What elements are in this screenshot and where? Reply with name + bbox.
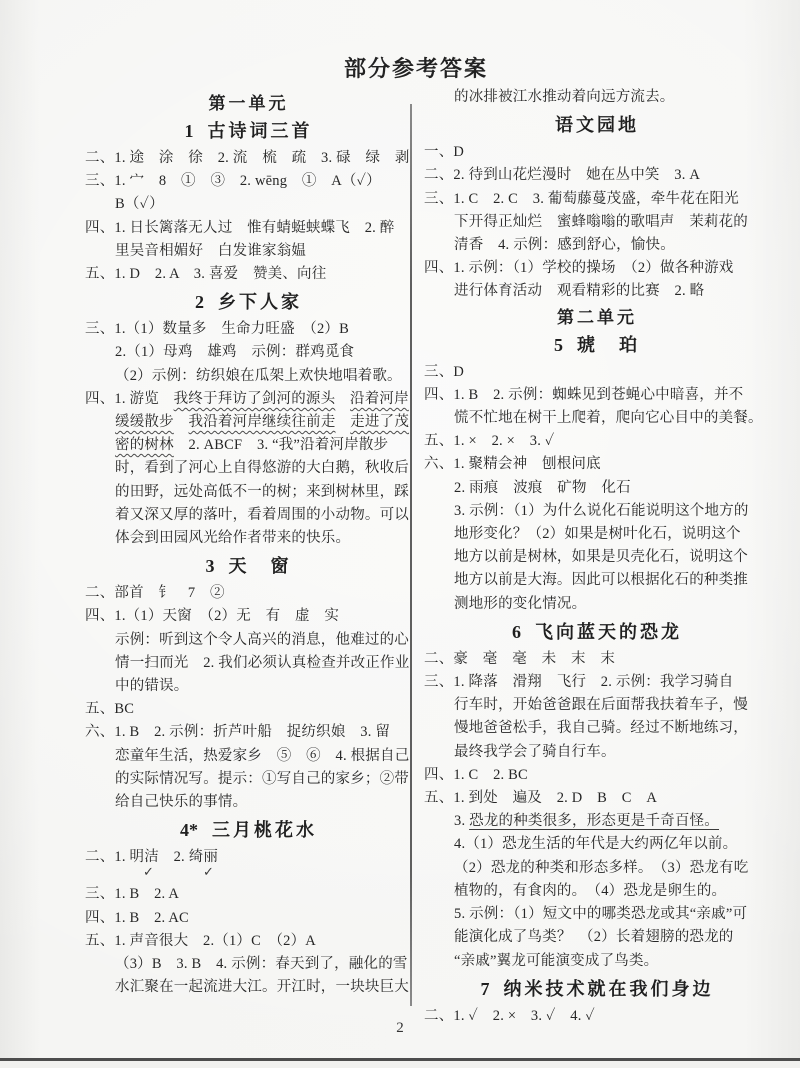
answer-line: 六、1. B 2. 示例：折芦叶船 捉纺织娘 3. 留 [85, 721, 412, 744]
answer-line: 三、1. 降落 滑翔 飞行 2. 示例：我学习骑自 [424, 671, 770, 694]
answer-line: 五、1. D 2. A 3. 喜爱 赞美、向往 [85, 263, 412, 286]
answer-text: 三、1.（1）数量多 生命力旺盛 （2）B [85, 321, 349, 337]
wavy-underlined-text: 走进了茂 [350, 414, 409, 430]
answer-text: 2. 雨痕 波痕 矿物 化石 [454, 480, 631, 496]
unit-heading: 第二单元 [424, 307, 770, 329]
answer-line: 地方以前是大海。因此可以根据化石的种类推 [424, 569, 770, 592]
answer-line: 三、1. C 2. C 3. 葡萄藤蔓茂盛，牵牛花在阳光 [424, 188, 770, 211]
lesson-number: 2 [195, 292, 204, 312]
answer-text: 六、1. 聚精会神 刨根问底 [424, 456, 601, 472]
answer-line: 的田野，远处高低不一的树；来到树林里，踩 [85, 481, 412, 504]
answer-line: （3）B 3. B 4. 示例：春天到了，融化的雪 [85, 953, 412, 976]
answer-text: 的田野，远处高低不一的树；来到树林里，踩 [115, 484, 409, 500]
answer-line: 二、豪 毫 毫 未 末 末 [424, 648, 770, 671]
answer-line: 中的错误。 [85, 675, 412, 698]
answer-text: 的实际情况写。提示：①写自己的家乡；②带 [115, 771, 409, 787]
lesson-title: 语文园地 [555, 115, 639, 135]
answer-line: 时，看到了河心上自得悠游的大白鹅，秋收后 [85, 457, 412, 480]
answer-line: （2）恐龙的种类和形态多样。 （3）恐龙有吃 [424, 857, 770, 880]
answer-text: 下开得正灿烂 蜜蜂嗡嗡的歌唱声 茉莉花的 [454, 214, 748, 230]
answer-text: 时，看到了河心上自得悠游的大白鹅，秋收后 [115, 460, 409, 476]
answer-line: 三、D [424, 361, 770, 384]
answer-line: 四、1. B 2. 示例：蜘蛛见到苍蝇心中暗喜，并不 [424, 384, 770, 407]
answer-line: 下开得正灿烂 蜜蜂嗡嗡的歌唱声 茉莉花的 [424, 211, 770, 234]
answer-text [174, 414, 189, 430]
answer-text: 四、1. B 2. AC [85, 910, 189, 926]
answer-text: 5. 示例：（1）短文中的哪类恐龙或其“亲戚”可 [454, 906, 747, 922]
answer-line: 三、1. B 2. A [85, 883, 412, 906]
answer-line: 的实际情况写。提示：①写自己的家乡；②带 [85, 768, 412, 791]
lesson-title: 琥 珀 [577, 335, 640, 355]
page-margin-strip [0, 1061, 800, 1068]
answer-text: 最终我学会了骑自行车。 [454, 744, 616, 760]
answer-line: 三、1.（1）数量多 生命力旺盛 （2）B [85, 318, 412, 341]
answer-line: 四、1. B 2. AC [85, 907, 412, 930]
lesson-heading: 5琥 珀 [424, 333, 770, 357]
answer-line: 最终我学会了骑自行车。 [424, 741, 770, 764]
lesson-heading: 语文园地 [424, 113, 770, 137]
answer-text: 给自己快乐的事情。 [115, 794, 247, 810]
page-title: 部分参考答案 [16, 52, 800, 83]
answer-text: 慢地爸爸松手，我自己骑。经过不断地练习， [454, 720, 748, 736]
answer-line: 2.（1）母鸡 雄鸡 示例：群鸡觅食 [85, 341, 412, 364]
answer-text: 一、D [424, 144, 464, 160]
answer-line: （2）示例：纺织娘在瓜架上欢快地唱着歌。 [85, 365, 412, 388]
lesson-number: 5 [554, 335, 563, 355]
lesson-number: 6 [512, 622, 521, 642]
column-divider [410, 104, 412, 1006]
answer-line: 恋童年生活，热爱家乡 ⑤ ⑥ 4. 根据自己 [85, 745, 412, 768]
answer-line: 四、1. 日长篱落无人过 惟有蜻蜓蛱蝶飞 2. 醉 [85, 217, 412, 240]
lesson-title: 飞向蓝天的恐龙 [535, 622, 682, 642]
answer-line: 五、BC [85, 698, 412, 721]
answer-text: （2）恐龙的种类和形态多样。 （3）恐龙有吃 [454, 860, 748, 876]
underlined-text: 恐龙的种类很多，形态更是千奇百怪。 [469, 813, 719, 829]
unit-heading: 第一单元 [85, 93, 412, 115]
answer-line: 给自己快乐的事情。 [85, 791, 412, 814]
lesson-heading: 7纳米技术就在我们身边 [424, 977, 770, 1001]
answer-text: 五、1. 声音很大 2.（1）C （2）A [85, 933, 316, 949]
wavy-underlined-text: 我终于拜访了剑河的源头 [174, 391, 336, 407]
wavy-underlined-text: 沿着河岸 [350, 391, 409, 407]
answer-text: 三、1. B 2. A [85, 886, 179, 902]
lesson-number: 1 [185, 121, 194, 141]
answer-text: （2）示例：纺织娘在瓜架上欢快地唱着歌。 [115, 368, 402, 384]
lesson-number: 3 [206, 556, 215, 576]
answer-line: 水汇聚在一起流进大江。开江时，一块块巨大 [85, 976, 412, 999]
answer-line: 着又深又厚的落叶，看着周围的小动物。可以 [85, 504, 412, 527]
wavy-underlined-text: 密的树林 [115, 437, 174, 453]
lesson-number: 4* [180, 820, 198, 840]
checkmark-icon: ✓ [143, 865, 154, 880]
lesson-title: 三月桃花水 [212, 820, 317, 840]
wavy-underlined-text: 缓缓散步 [115, 414, 174, 430]
answer-text: 三、D [424, 364, 464, 380]
answer-text: 地方以前是大海。因此可以根据化石的种类推 [454, 572, 748, 588]
answer-line: 一、D [424, 141, 770, 164]
answer-line: 二、1. 途 涂 徐 2. 流 梳 疏 3. 碌 绿 剥 [85, 147, 412, 170]
answer-text: 五、BC [85, 701, 134, 717]
answer-text: 进行体育活动 观看精彩的比赛 2. 略 [454, 283, 704, 299]
answer-text [335, 391, 350, 407]
lesson-title: 古诗词三首 [208, 121, 313, 141]
answer-text: 3. 示例：（1）为什么说化石能说明这个地方的 [454, 503, 749, 519]
answer-text: 行车时，开始爸爸跟在后面帮我扶着车子，慢 [454, 697, 748, 713]
answer-text: 四、1. B 2. 示例：蜘蛛见到苍蝇心中暗喜，并不 [424, 387, 743, 403]
lesson-heading: 6飞向蓝天的恐龙 [424, 620, 770, 644]
answer-page: 部分参考答案 第一单元1古诗词三首二、1. 途 涂 徐 2. 流 梳 疏 3. … [0, 0, 800, 1068]
answer-text: 里吴音相媚好 白发谁家翁媪 [115, 243, 306, 259]
lesson-heading: 2乡下人家 [85, 290, 412, 314]
answer-text: 五、1. D 2. A 3. 喜爱 赞美、向往 [85, 266, 326, 282]
answer-text: 能演化成了鸟类？ （2）长着翅膀的恐龙的 [454, 929, 734, 945]
answer-text: 慌不忙地在树干上爬着，爬向它心目中的美餐。 [454, 410, 763, 426]
answer-line: 四、1. 示例：（1）学校的操场 （2）做各种游戏 [424, 257, 770, 280]
answer-text: “亲戚”翼龙可能演变成了鸟类。 [454, 953, 658, 969]
answer-line: 四、1. C 2. BC [424, 764, 770, 787]
answer-line: 4.（1）恐龙生活的年代是大约两亿年以前。 [424, 833, 770, 856]
answer-line: “亲戚”翼龙可能演变成了鸟类。 [424, 950, 770, 973]
answer-text: 二、豪 毫 毫 未 末 末 [424, 651, 615, 667]
answer-text: 三、1. C 2. C 3. 葡萄藤蔓茂盛，牵牛花在阳光 [424, 191, 739, 207]
answer-line: 二、2. 待到山花烂漫时 她在丛中笑 3. A [424, 164, 770, 187]
answer-text: 二、部首 钅 7 ② [85, 585, 225, 601]
answer-line: 5. 示例：（1）短文中的哪类恐龙或其“亲戚”可 [424, 903, 770, 926]
page-number: 2 [0, 1020, 800, 1037]
answer-line: 行车时，开始爸爸跟在后面帮我扶着车子，慢 [424, 694, 770, 717]
answer-line: 慌不忙地在树干上爬着，爬向它心目中的美餐。 [424, 407, 770, 430]
answer-text: 六、1. B 2. 示例：折芦叶船 捉纺织娘 3. 留 [85, 724, 390, 740]
answer-text: 2.（1）母鸡 雄鸡 示例：群鸡觅食 [115, 344, 354, 360]
answer-line: 进行体育活动 观看精彩的比赛 2. 略 [424, 280, 770, 303]
answer-text: 测地形的变化情况。 [454, 596, 586, 612]
answer-text: 二、2. 待到山花烂漫时 她在丛中笑 3. A [424, 167, 700, 183]
answer-line: 里吴音相媚好 白发谁家翁媪 [85, 240, 412, 263]
answer-text: 水汇聚在一起流进大江。开江时，一块块巨大 [115, 979, 409, 995]
answer-line: B（✓） [85, 193, 412, 216]
answer-text: 三、1. 宀 8 ① ③ 2. wēng ① A（✓） [85, 173, 381, 189]
answer-text: （3）B 3. B 4. 示例：春天到了，融化的雪 [115, 956, 408, 972]
answer-line: 缓缓散步 我沿着河岸继续往前走 走进了茂 [85, 411, 412, 434]
answer-text [336, 414, 351, 430]
answer-text: 植物的，有食肉的。 （4）恐龙是卵生的。 [454, 883, 726, 899]
answer-text: 二、1. 途 涂 徐 2. 流 梳 疏 3. 碌 绿 剥 [85, 150, 410, 166]
answer-text: B（✓） [115, 196, 164, 212]
answer-line: 3. 恐龙的种类很多，形态更是千奇百怪。 [424, 810, 770, 833]
answer-text: 恋童年生活，热爱家乡 ⑤ ⑥ 4. 根据自己 [115, 748, 409, 764]
answer-text: 的冰排被江水推动着向远方流去。 [454, 89, 675, 105]
answer-text: 2. ABCF 3. “我”沿着河岸散步 [174, 437, 388, 453]
right-column: 的冰排被江水推动着向远方流去。语文园地一、D二、2. 待到山花烂漫时 她在丛中笑… [424, 86, 770, 1028]
answer-line: 五、1. 到处 遍及 2. D B C A [424, 787, 770, 810]
answer-line: 三、1. 宀 8 ① ③ 2. wēng ① A（✓） [85, 170, 412, 193]
answer-line: 密的树林 2. ABCF 3. “我”沿着河岸散步 [85, 434, 412, 457]
answer-line: 情一扫而光 2. 我们必须认真检查并改正作业 [85, 652, 412, 675]
answer-line: 二、1. 明洁 2. 绮丽 [85, 846, 412, 869]
lesson-title: 乡下人家 [218, 292, 302, 312]
answer-line: 四、1. 游览 我终于拜访了剑河的源头 沿着河岸 [85, 388, 412, 411]
answer-line: 示例：听到这个令人高兴的消息，他难过的心 [85, 629, 412, 652]
answer-line: 五、1. × 2. × 3. ✓ [424, 430, 770, 453]
answer-line: 能演化成了鸟类？ （2）长着翅膀的恐龙的 [424, 926, 770, 949]
answer-line: 地方以前是树林，如果是贝壳化石，说明这个 [424, 546, 770, 569]
answer-text: 四、1.（1）天窗 （2）无 有 虚 实 [85, 608, 339, 624]
wavy-underlined-text: 我沿着河岸继续往前走 [189, 414, 336, 430]
lesson-number: 7 [481, 979, 490, 999]
answer-line: 地形变化？（2）如果是树叶化石，说明这个 [424, 523, 770, 546]
answer-text: 示例：听到这个令人高兴的消息，他难过的心 [115, 632, 409, 648]
answer-line: 清香 4. 示例：感到舒心，愉快。 [424, 234, 770, 257]
answer-line: 四、1.（1）天窗 （2）无 有 虚 实 [85, 605, 412, 628]
answer-text: 清香 4. 示例：感到舒心，愉快。 [454, 237, 675, 253]
answer-line: 体会到田园风光给作者带来的快乐。 [85, 527, 412, 550]
answer-text: 五、1. × 2. × 3. ✓ [424, 433, 554, 449]
answer-text: 四、1. 游览 [85, 391, 174, 407]
lesson-heading: 3天 窗 [85, 554, 412, 578]
answer-text: 3. [454, 813, 469, 829]
answer-text: 五、1. 到处 遍及 2. D B C A [424, 790, 657, 806]
lesson-title: 纳米技术就在我们身边 [504, 979, 714, 999]
answer-line: 的冰排被江水推动着向远方流去。 [424, 86, 770, 109]
answer-text: 地方以前是树林，如果是贝壳化石，说明这个 [454, 549, 748, 565]
answer-text: 四、1. 示例：（1）学校的操场 （2）做各种游戏 [424, 260, 734, 276]
answer-text: 4.（1）恐龙生活的年代是大约两亿年以前。 [454, 836, 737, 852]
checkmark-icon: ✓ [203, 865, 214, 880]
answer-line: 测地形的变化情况。 [424, 593, 770, 616]
answer-line: 植物的，有食肉的。 （4）恐龙是卵生的。 [424, 880, 770, 903]
lesson-heading: 4*三月桃花水 [85, 818, 412, 842]
answer-text: 二、1. 明洁 2. 绮丽 [85, 849, 218, 865]
answer-line: 2. 雨痕 波痕 矿物 化石 [424, 477, 770, 500]
answer-text: 三、1. 降落 滑翔 飞行 2. 示例：我学习骑自 [424, 674, 734, 690]
answer-line: 3. 示例：（1）为什么说化石能说明这个地方的 [424, 500, 770, 523]
answer-line: 六、1. 聚精会神 刨根问底 [424, 453, 770, 476]
lesson-heading: 1古诗词三首 [85, 119, 412, 143]
answer-line: 二、部首 钅 7 ② [85, 582, 412, 605]
answer-text: 中的错误。 [115, 678, 189, 694]
answer-text: 四、1. 日长篱落无人过 惟有蜻蜓蛱蝶飞 2. 醉 [85, 220, 395, 236]
check-row: ✓✓ [85, 869, 412, 883]
lesson-title: 天 窗 [229, 556, 292, 576]
answer-text: 情一扫而光 2. 我们必须认真检查并改正作业 [115, 655, 409, 671]
answer-line: 慢地爸爸松手，我自己骑。经过不断地练习， [424, 717, 770, 740]
answer-text: 体会到田园风光给作者带来的快乐。 [115, 530, 350, 546]
answer-text: 四、1. C 2. BC [424, 767, 528, 783]
answer-text: 着又深又厚的落叶，看着周围的小动物。可以 [115, 507, 409, 523]
answer-text: 地形变化？（2）如果是树叶化石，说明这个 [454, 526, 741, 542]
left-column: 第一单元1古诗词三首二、1. 途 涂 徐 2. 流 梳 疏 3. 碌 绿 剥三、… [85, 90, 412, 1000]
answer-line: 五、1. 声音很大 2.（1）C （2）A [85, 930, 412, 953]
